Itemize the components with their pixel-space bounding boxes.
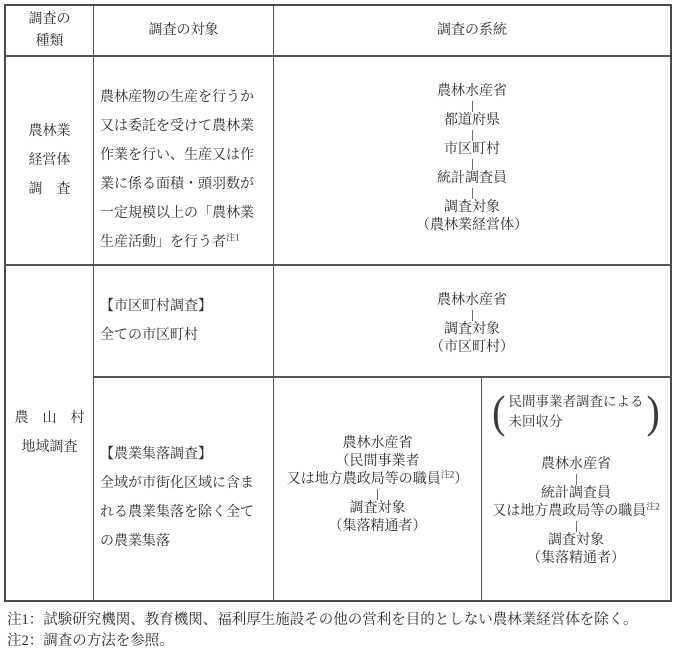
survey2-municipal-system-cell: 農林水産省 調査対象 （市区町村）: [274, 266, 670, 378]
uncollected-annotation: ( 民間事業者調査による 未回収分 ): [482, 378, 670, 448]
flow-connector: [472, 188, 473, 199]
survey2-settlement-left-flow-chart: 農林水産省 （民間事業者 又は地方農政局等の職員注2） 調査対象 （集落精通者）: [274, 378, 481, 536]
footnote-1: 注1：試験研究機関、教育機関、福利厚生施設その他の営利を目的としない農林業経営体…: [7, 610, 677, 631]
right-parenthesis-icon: ): [647, 382, 660, 442]
survey1-system-cell: 農林水産省 都道府県 市区町村 統計調査員 調査対象 （農林業経営体）: [274, 57, 670, 266]
flow-connector: [472, 101, 473, 112]
header-survey-type-line2: 種類: [36, 31, 64, 53]
footnote-ref-1: 注1: [226, 232, 240, 242]
flow-connector: [472, 159, 473, 170]
survey2-settlement-target-cell: 【農業集落調査】 全域が市街化区域に含ま れる農業集落を除く全て の農業集落: [94, 378, 274, 600]
survey1-target-cell: 農林産物の生産を行うか 又は委託を受けて農林業 作業を行い、生産又は作 業に係る…: [94, 57, 274, 266]
flow-connector: [472, 310, 473, 321]
header-survey-type: 調査の 種類: [6, 6, 94, 57]
survey2-settlement-right-flow-chart: 農林水産省 統計調査員 又は地方農政局等の職員注2 調査対象 （集落精通者）: [482, 448, 670, 568]
footnote-ref-2: 注2: [441, 469, 455, 479]
survey2-settlement-system-right-cell: ( 民間事業者調査による 未回収分 ) 農林水産省 統計調査員 又は地方農政局等…: [482, 378, 670, 600]
flow-connector: [576, 474, 577, 485]
survey2-municipal-flow-chart: 農林水産省 調査対象 （市区町村）: [274, 266, 670, 357]
left-parenthesis-icon: (: [492, 382, 505, 442]
flow-connector: [377, 489, 378, 500]
footnotes: 注1：試験研究機関、教育機関、福利厚生施設その他の営利を目的としない農林業経営体…: [7, 610, 677, 651]
survey1-flow-chart: 農林水産省 都道府県 市区町村 統計調査員 調査対象 （農林業経営体）: [274, 57, 670, 235]
survey-structure-table: 調査の 種類 調査の対象 調査の系統 農林業 経営体 調 査 農林産物の生産を行…: [4, 4, 672, 602]
footnote-ref-2: 注2: [646, 501, 660, 511]
footnote-2: 注2：調査の方法を参照。: [7, 631, 677, 652]
flow-connector: [576, 521, 577, 532]
header-survey-target: 調査の対象: [94, 6, 274, 57]
survey2-settlement-system-left-cell: 農林水産省 （民間事業者 又は地方農政局等の職員注2） 調査対象 （集落精通者）: [274, 378, 482, 600]
header-survey-type-line1: 調査の: [29, 9, 71, 31]
survey2-type-cell: 農 山 村 地域調査: [6, 266, 94, 600]
survey1-type-cell: 農林業 経営体 調 査: [6, 57, 94, 266]
header-survey-system: 調査の系統: [274, 6, 670, 57]
flow-connector: [472, 130, 473, 141]
survey2-municipal-target-cell: 【市区町村調査】 全ての市区町村: [94, 266, 274, 378]
